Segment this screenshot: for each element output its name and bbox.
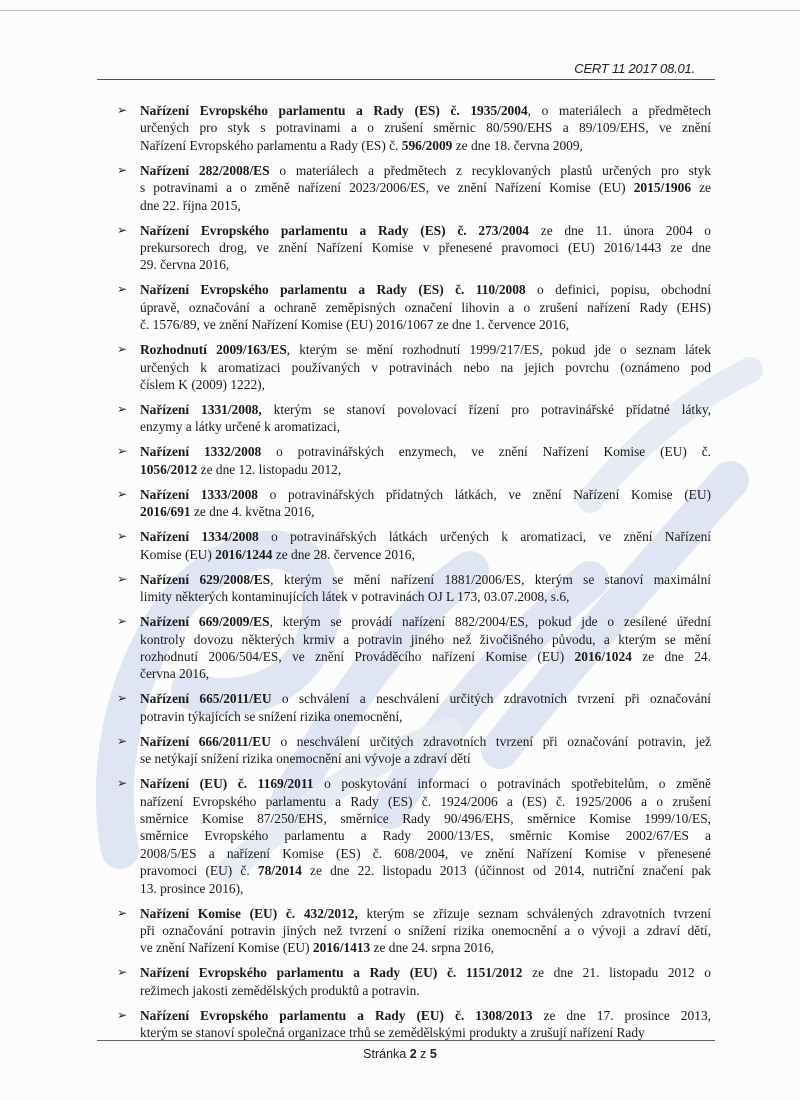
text-line: rozhodnutí 2006/504/ES, ve znění Provádě… [140, 648, 711, 665]
arrow-bullet-icon: ➢ [117, 964, 127, 981]
arrow-bullet-icon: ➢ [117, 401, 127, 418]
arrow-bullet-icon: ➢ [117, 905, 127, 922]
text-line: určených pro styk s potravinami a o zruš… [140, 119, 711, 136]
text-line: Nařízení 629/2008/ES, kterým se mění nař… [140, 571, 711, 588]
arrow-bullet-icon: ➢ [117, 571, 127, 588]
total-pages: 5 [430, 1047, 437, 1061]
list-item: ➢Rozhodnutí 2009/163/ES, kterým se mění … [0, 341, 711, 393]
text-line: Nařízení (EU) č. 1169/2011 o poskytování… [140, 775, 711, 792]
list-item: ➢Nařízení 1333/2008 o potravinářských př… [0, 486, 711, 521]
list-item: ➢Nařízení 1331/2008, kterým se stanoví p… [0, 401, 711, 436]
text-run: režimech jakosti zemědělských produktů a… [140, 983, 420, 998]
list-item: ➢Nařízení (EU) č. 1169/2011 o poskytován… [0, 775, 711, 897]
document-code: CERT 11 2017 08.01. [574, 61, 695, 76]
text-line: potravin týkajících se snížení rizika on… [140, 708, 711, 725]
text-line: Nařízení Evropského parlamentu a Rady (E… [140, 222, 711, 239]
text-run: kterým se zřizuje seznam schválených zdr… [358, 906, 711, 921]
bold-reference: 78/2014 [258, 863, 302, 878]
text-line: pravomoci (EU) č. 78/2014 ze dne 22. lis… [140, 862, 711, 879]
text-line: Nařízení Komise (EU) č. 432/2012, kterým… [140, 905, 711, 922]
text-line: enzymy a látky určené k aromatizaci, [140, 418, 711, 435]
text-run: kterým se stanoví povolovací řízení pro … [262, 402, 711, 417]
text-run: pravomoci (EU) č. [140, 863, 258, 878]
text-run: č. 1576/89, ve znění Nařízení Komise (EU… [140, 317, 569, 332]
text-run: ze dne 11. února 2004 o [529, 223, 711, 238]
text-run: ze dne 22. listopadu 2013 (účinnost od 2… [302, 863, 711, 878]
text-run: ze dne 24. srpna 2016, [370, 940, 494, 955]
text-run: o poskytování informací o potravinách sp… [314, 776, 712, 791]
text-line: června 2016, [140, 665, 711, 682]
bold-reference: Nařízení Evropského parlamentu a Rady (E… [140, 282, 526, 297]
bold-reference: Nařízení 629/2008/ES [140, 572, 270, 587]
text-run: směrnice Komise 87/250/EHS, směrnice Rad… [140, 811, 711, 826]
arrow-bullet-icon: ➢ [117, 102, 127, 119]
text-line: s potravinami a o změně nařízení 2023/20… [140, 179, 711, 196]
text-line: Nařízení 1331/2008, kterým se stanoví po… [140, 401, 711, 418]
list-item: ➢Nařízení Evropského parlamentu a Rady (… [0, 964, 711, 999]
text-run: úpravě, označování a ochraně zeměpisných… [140, 300, 711, 315]
text-line: č. 1576/89, ve znění Nařízení Komise (EU… [140, 316, 711, 333]
list-item: ➢Nařízení 629/2008/ES, kterým se mění na… [0, 571, 711, 606]
text-run: o schválení a neschválení určitých zdrav… [272, 691, 711, 706]
text-run: kontroly dovozu některých krmiv a potrav… [140, 632, 711, 647]
text-run: o potravinářských enzymech, ve znění Nař… [261, 444, 711, 459]
text-run: nařízení Evropského parlamentu a Rady (E… [140, 794, 711, 809]
text-run: ve znění Nařízení Komise (EU) [140, 940, 313, 955]
text-run: směrnice Evropského parlamentu a Rady 20… [140, 828, 711, 843]
bold-reference: 1056/2012 [140, 462, 197, 477]
text-run: se netýkají snížení rizika onemocnění an… [140, 751, 471, 766]
text-run: Komise (EU) [140, 547, 215, 562]
text-run: 2008/5/ES a nařízení Komise (ES) č. 608/… [140, 846, 711, 861]
bold-reference: Nařízení 1331/2008, [140, 402, 262, 417]
list-item: ➢Nařízení 1334/2008 o potravinářských lá… [0, 528, 711, 563]
arrow-bullet-icon: ➢ [117, 733, 127, 750]
text-run: určených k aromatizaci používaných v pot… [140, 360, 711, 375]
text-line: nařízení Evropského parlamentu a Rady (E… [140, 793, 711, 810]
bold-reference: Rozhodnutí 2009/163/ES [140, 342, 287, 357]
text-line: 2016/691 ze dne 4. května 2016, [140, 503, 711, 520]
text-run: 29. června 2016, [140, 257, 229, 272]
text-run: , kterým se mění rozhodnutí 1999/217/ES,… [287, 342, 711, 357]
bold-reference: 596/2009 [402, 138, 453, 153]
arrow-bullet-icon: ➢ [117, 690, 127, 707]
text-line: Nařízení 1333/2008 o potravinářských pří… [140, 486, 711, 503]
arrow-bullet-icon: ➢ [117, 486, 127, 503]
bold-reference: Nařízení 1334/2008 [140, 529, 259, 544]
text-line: Nařízení 1334/2008 o potravinářských lát… [140, 528, 711, 545]
text-line: 13. prosince 2016), [140, 880, 711, 897]
text-run: o potravinářských přídatných látkách, ve… [258, 487, 711, 502]
text-line: dne 22. října 2015, [140, 197, 711, 214]
text-run: při označování potravin jiných než tvrze… [140, 923, 711, 938]
arrow-bullet-icon: ➢ [117, 443, 127, 460]
text-run: ze dne 17. prosince 2013, [533, 1008, 711, 1023]
text-line: Nařízení 1332/2008 o potravinářských enz… [140, 443, 711, 460]
text-run: , kterým se provádí nařízení 882/2004/ES… [270, 614, 711, 629]
bold-reference: Nařízení 666/2011/EU [140, 734, 271, 749]
list-item: ➢Nařízení Evropského parlamentu a Rady (… [0, 222, 711, 274]
text-run: s potravinami a o změně nařízení 2023/20… [140, 180, 634, 195]
text-line: 2008/5/ES a nařízení Komise (ES) č. 608/… [140, 845, 711, 862]
list-item: ➢Nařízení 669/2009/ES, kterým se provádí… [0, 613, 711, 683]
bold-reference: Nařízení (EU) č. 1169/2011 [140, 776, 314, 791]
arrow-bullet-icon: ➢ [117, 222, 127, 239]
bold-reference: Nařízení 665/2011/EU [140, 691, 272, 706]
bold-reference: 2016/1024 [575, 649, 632, 664]
list-item: ➢Nařízení Evropského parlamentu a Rady (… [0, 102, 711, 154]
arrow-bullet-icon: ➢ [117, 281, 127, 298]
text-line: Nařízení Evropského parlamentu a Rady (E… [140, 281, 711, 298]
text-line: se netýkají snížení rizika onemocnění an… [140, 750, 711, 767]
text-run: Nařízení Evropského parlamentu a Rady (E… [140, 138, 402, 153]
list-item: ➢Nařízení Komise (EU) č. 432/2012, který… [0, 905, 711, 957]
text-run: 13. prosince 2016), [140, 881, 243, 896]
list-item: ➢Nařízení Evropského parlamentu a Rady (… [0, 281, 711, 333]
list-item: ➢Nařízení Evropského parlamentu a Rady (… [0, 1007, 711, 1042]
text-line: Nařízení Evropského parlamentu a Rady (E… [140, 1007, 711, 1024]
text-line: Nařízení 669/2009/ES, kterým se provádí … [140, 613, 711, 630]
text-run: o definici, popisu, obchodní [526, 282, 711, 297]
regulation-list: ➢Nařízení Evropského parlamentu a Rady (… [0, 102, 800, 1049]
text-run: ze dne 18. června 2009, [452, 138, 583, 153]
text-line: 1056/2012 ze dne 12. listopadu 2012, [140, 461, 711, 478]
text-run: enzymy a látky určené k aromatizaci, [140, 419, 340, 434]
text-line: úpravě, označování a ochraně zeměpisných… [140, 299, 711, 316]
bold-reference: 2016/691 [140, 504, 191, 519]
arrow-bullet-icon: ➢ [117, 162, 127, 179]
text-line: limity některých kontaminujících látek v… [140, 588, 711, 605]
arrow-bullet-icon: ➢ [117, 528, 127, 545]
page-label: Stránka [363, 1047, 406, 1061]
text-line: při označování potravin jiných než tvrze… [140, 922, 711, 939]
text-run: ze dne 12. listopadu 2012, [197, 462, 341, 477]
list-item: ➢Nařízení 1332/2008 o potravinářských en… [0, 443, 711, 478]
text-run: o neschválení určitých zdravotních tvrze… [271, 734, 711, 749]
text-line: Nařízení Evropského parlamentu a Rady (E… [140, 964, 711, 981]
page-number: Stránka 2 z 5 [0, 1047, 800, 1061]
text-line: režimech jakosti zemědělských produktů a… [140, 982, 711, 999]
list-item: ➢Nařízení 282/2008/ES o materiálech a př… [0, 162, 711, 214]
text-line: kontroly dovozu některých krmiv a potrav… [140, 631, 711, 648]
text-run: určených pro styk s potravinami a o zruš… [140, 120, 711, 135]
text-run: o potravinářských látkách určených k aro… [259, 529, 711, 544]
bold-reference: Nařízení Evropského parlamentu a Rady (E… [140, 965, 522, 980]
text-run: rozhodnutí 2006/504/ES, ve znění Provádě… [140, 649, 575, 664]
text-run: limity některých kontaminujících látek v… [140, 589, 569, 604]
text-run: ze dne 28. července 2016, [272, 547, 414, 562]
bold-reference: 2015/1906 [634, 180, 691, 195]
text-line: Nařízení 282/2008/ES o materiálech a pře… [140, 162, 711, 179]
text-line: Rozhodnutí 2009/163/ES, kterým se mění r… [140, 341, 711, 358]
bold-reference: Nařízení Evropského parlamentu a Rady (E… [140, 103, 528, 118]
text-run: kterým se stanoví společná organizace tr… [140, 1025, 645, 1040]
bold-reference: Nařízení 1333/2008 [140, 487, 258, 502]
bold-reference: Nařízení Komise (EU) č. 432/2012, [140, 906, 358, 921]
current-page: 2 [410, 1047, 417, 1061]
text-run: číslem K (2009) 1222), [140, 377, 265, 392]
text-line: 29. června 2016, [140, 256, 711, 273]
text-run: , o materiálech a předmětech [528, 103, 711, 118]
text-line: Komise (EU) 2016/1244 ze dne 28. červenc… [140, 546, 711, 563]
arrow-bullet-icon: ➢ [117, 775, 127, 792]
arrow-bullet-icon: ➢ [117, 613, 127, 630]
bold-reference: Nařízení Evropského parlamentu a Rady (E… [140, 223, 529, 238]
bold-reference: 2016/1244 [215, 547, 272, 562]
text-run: potravin týkajících se snížení rizika on… [140, 709, 403, 724]
page-separator: z [420, 1047, 426, 1061]
text-line: Nařízení 665/2011/EU o schválení a nesch… [140, 690, 711, 707]
arrow-bullet-icon: ➢ [117, 341, 127, 358]
text-run: června 2016, [140, 666, 209, 681]
text-run: o materiálech a předmětech z recyklovaný… [270, 163, 711, 178]
arrow-bullet-icon: ➢ [117, 1007, 127, 1024]
bold-reference: Nařízení 669/2009/ES [140, 614, 270, 629]
bold-reference: Nařízení Evropského parlamentu a Rady (E… [140, 1008, 533, 1023]
list-item: ➢Nařízení 665/2011/EU o schválení a nesc… [0, 690, 711, 725]
text-run: ze dne 24. [632, 649, 711, 664]
list-item: ➢Nařízení 666/2011/EU o neschválení urči… [0, 733, 711, 768]
text-line: kterým se stanoví společná organizace tr… [140, 1024, 711, 1041]
bold-reference: 2016/1413 [313, 940, 370, 955]
text-line: směrnice Komise 87/250/EHS, směrnice Rad… [140, 810, 711, 827]
scan-edge-line [0, 10, 800, 11]
text-line: Nařízení 666/2011/EU o neschválení určit… [140, 733, 711, 750]
text-line: prekursorech drog, ve znění Nařízení Kom… [140, 239, 711, 256]
text-run: prekursorech drog, ve znění Nařízení Kom… [140, 240, 711, 255]
footer-rule [97, 1040, 715, 1041]
text-line: určených k aromatizaci používaných v pot… [140, 359, 711, 376]
text-run: ze dne 4. května 2016, [191, 504, 315, 519]
text-run: ze dne 21. listopadu 2012 o [522, 965, 711, 980]
text-run: , kterým se mění nařízení 1881/2006/ES, … [270, 572, 711, 587]
bold-reference: Nařízení 1332/2008 [140, 444, 261, 459]
bold-reference: Nařízení 282/2008/ES [140, 163, 270, 178]
text-line: směrnice Evropského parlamentu a Rady 20… [140, 827, 711, 844]
text-run: dne 22. října 2015, [140, 198, 241, 213]
text-line: číslem K (2009) 1222), [140, 376, 711, 393]
header-rule [97, 79, 715, 80]
text-run: ze [691, 180, 711, 195]
text-line: Nařízení Evropského parlamentu a Rady (E… [140, 137, 711, 154]
text-line: Nařízení Evropského parlamentu a Rady (E… [140, 102, 711, 119]
text-line: ve znění Nařízení Komise (EU) 2016/1413 … [140, 939, 711, 956]
